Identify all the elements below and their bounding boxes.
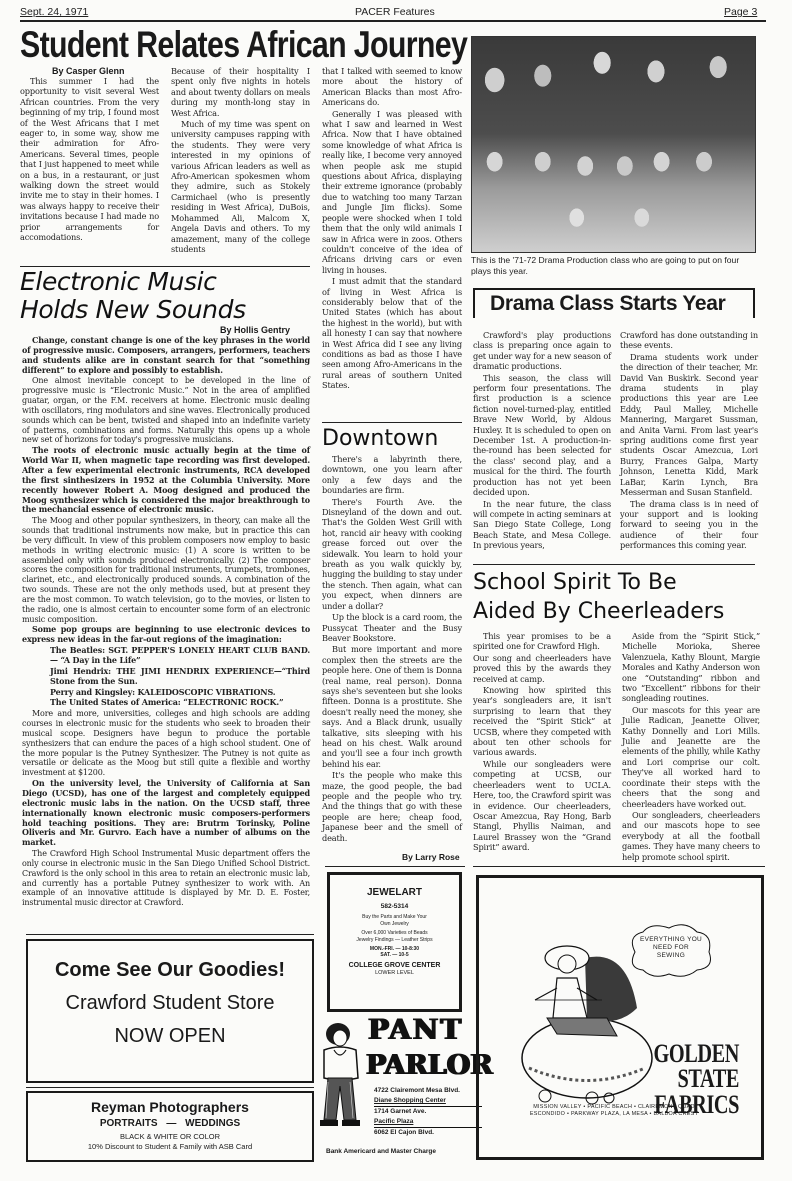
african-journey-headline: Student Relates African Journey [20, 26, 467, 63]
page-number: Page 3 [724, 6, 757, 18]
golden-state-locations: MISSION VALLEY • PACIFIC BEACH • CLAIREM… [499, 1104, 729, 1118]
african-journey-col3: that I talked with seemed to know more a… [322, 66, 462, 392]
cowboy-illustration-icon [316, 1020, 364, 1130]
jewelart-location: COLLEGE GROVE CENTER [330, 962, 459, 969]
reyman-services: PORTRAITS — WEDDINGS [28, 1118, 312, 1129]
african-journey-col2: Because of their hospitality I spent onl… [171, 66, 310, 255]
drama-headline: Drama Class Starts Year [490, 292, 726, 316]
downtown-body: There's a labyrinth there, downtown, one… [322, 454, 462, 844]
electronic-music-headline: Electronic Music Holds New Sounds [20, 268, 246, 324]
reyman-ad: Reyman Photographers PORTRAITS — WEDDING… [26, 1091, 314, 1162]
downtown-divider [322, 422, 462, 423]
spirit-col1: This year promises to be a spirited one … [473, 631, 611, 854]
pant-parlor-payment: Bank Americard and Master Charge [326, 1148, 436, 1155]
downtown-byline: By Larry Rose [402, 852, 460, 862]
section-name: PACER Features [355, 6, 435, 18]
reyman-name: Reyman Photographers [28, 1099, 312, 1115]
electronic-music-body: Change, constant change is one of the ke… [22, 336, 310, 909]
photo-caption: This is the '71-72 Drama Production clas… [471, 255, 761, 277]
reyman-discount: 10% Discount to Student & Family with AS… [28, 1142, 312, 1151]
pant-parlor-name2: PARLOR [366, 1052, 493, 1079]
african-journey-col1: This summer I had the opportunity to vis… [20, 76, 159, 244]
electronic-music-byline: By Hollis Gentry [220, 325, 290, 335]
spirit-divider [473, 564, 755, 565]
spirit-col2: Aside from the “Spirit Stick,” Michelle … [622, 631, 760, 863]
golden-state-bubble-text: EVERYTHING YOU NEED FOR SEWING [639, 936, 703, 960]
student-store-line3: NOW OPEN [28, 1025, 312, 1048]
jewelart-phone: 582-5314 [330, 903, 459, 910]
pant-parlor-ad: PANT PARLOR 4722 Clairemont Mesa Blvd. D… [316, 1016, 476, 1166]
ad-rule-2 [26, 1087, 314, 1088]
pant-parlor-name1: PANT [368, 1016, 463, 1044]
student-store-ad: Come See Our Goodies! Crawford Student S… [26, 939, 314, 1083]
jewelart-ad: JEWELART 582-5314 Buy the Parts and Make… [327, 872, 462, 1012]
spirit-headline: School Spirit To Be Aided By Cheerleader… [473, 568, 724, 626]
reyman-color: BLACK & WHITE OR COLOR [28, 1132, 312, 1141]
student-store-line1: Come See Our Goodies! [28, 959, 312, 982]
drama-class-photo [471, 36, 756, 253]
downtown-headline: Downtown [322, 427, 438, 452]
ad-rule-3 [325, 866, 465, 867]
jewelart-name: JEWELART [330, 887, 459, 898]
golden-state-fabrics-ad: EVERYTHING YOU NEED FOR SEWING GOLDEN ST… [476, 875, 764, 1160]
drama-col2: Crawford has done outstanding in these e… [620, 330, 758, 552]
ad-top-rule [26, 934, 314, 935]
spirit-bottom-rule [473, 866, 765, 867]
student-store-line2: Crawford Student Store [28, 992, 312, 1015]
drama-col1: Crawford's play productions class is pre… [473, 330, 611, 552]
african-journey-byline: By Casper Glenn [52, 66, 125, 76]
issue-date: Sept. 24, 1971 [20, 6, 88, 18]
masthead-rule [20, 20, 766, 22]
